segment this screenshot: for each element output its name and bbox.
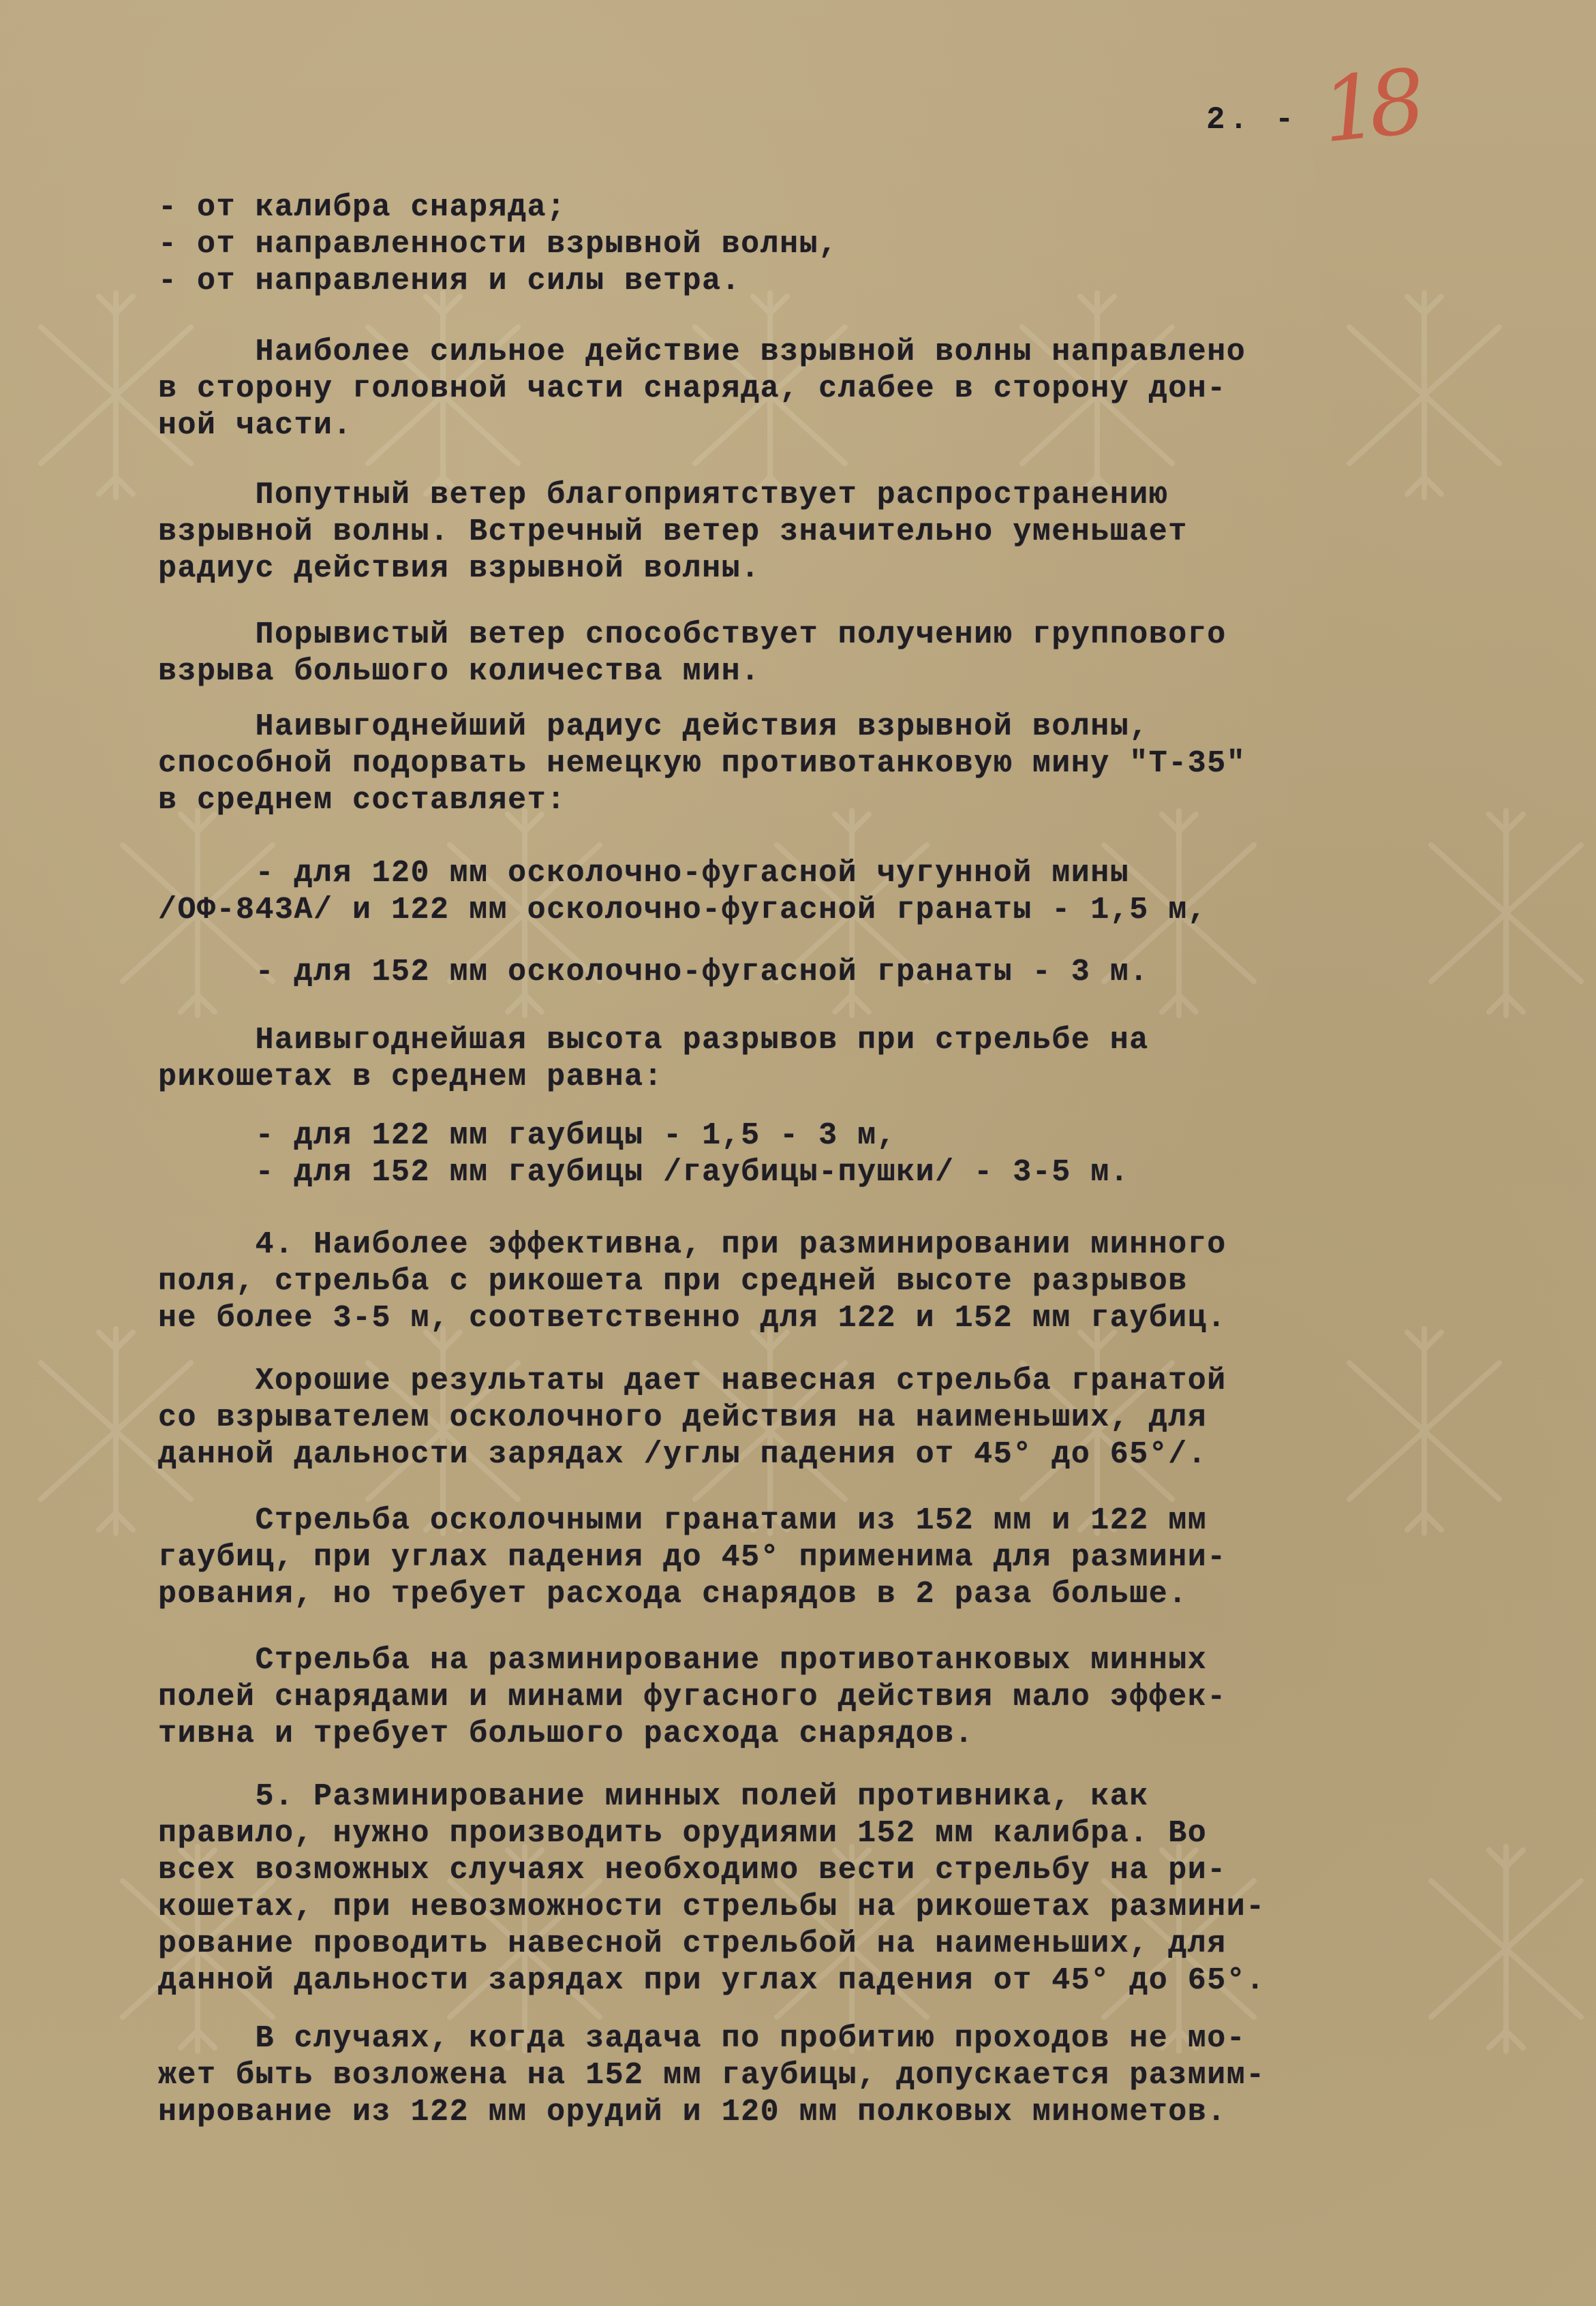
text-line: рование проводить навесной стрельбой на … <box>158 1926 1467 1963</box>
text-line: Стрельба осколочными гранатами из 152 мм… <box>158 1503 1467 1539</box>
text-line: со взрывателем осколочного действия на н… <box>158 1400 1467 1436</box>
text-line: Наивыгоднейший радиус действия взрывной … <box>158 709 1467 745</box>
text-line: - для 120 мм осколочно-фугасной чугунной… <box>158 855 1467 892</box>
text-line: полей снарядами и минами фугасного дейст… <box>158 1679 1467 1716</box>
text-line: взрыва большого количества мин. <box>158 654 1467 690</box>
text-line: кошетах, при невозможности стрельбы на р… <box>158 1889 1467 1926</box>
text-line: - от калибра снаряда; <box>158 189 1467 226</box>
text-block-list-height-values: - для 122 мм гаубицы - 1,5 - 3 м, - для … <box>158 1118 1467 1191</box>
text-line: - для 152 мм осколочно-фугасной гранаты … <box>158 954 1467 991</box>
text-block-para-5: 5. Разминирование минных полей противник… <box>158 1779 1467 1999</box>
text-block-para-best-radius: Наивыгоднейший радиус действия взрывной … <box>158 709 1467 819</box>
text-block-list-dependencies: - от калибра снаряда;- от направленности… <box>158 189 1467 300</box>
text-block-para-fragmentation: Стрельба осколочными гранатами из 152 мм… <box>158 1503 1467 1613</box>
text-line: в среднем составляет: <box>158 782 1467 819</box>
text-line: Попутный ветер благоприятствует распрост… <box>158 477 1467 514</box>
text-block-para-4: 4. Наиболее эффективна, при разминирован… <box>158 1227 1467 1337</box>
text-line: Наивыгоднейшая высота разрывов при стрел… <box>158 1022 1467 1059</box>
text-line: тивна и требует большого расхода снарядо… <box>158 1716 1467 1753</box>
text-line: всех возможных случаях необходимо вести … <box>158 1852 1467 1889</box>
text-line: В случаях, когда задача по пробитию прох… <box>158 2020 1467 2057</box>
text-line: Порывистый ветер способствует получению … <box>158 617 1467 654</box>
text-block-para-strongest-action: Наиболее сильное действие взрывной волны… <box>158 334 1467 444</box>
text-block-para-antitank: Стрельба на разминирование противотанков… <box>158 1642 1467 1753</box>
text-line: рования, но требует расхода снарядов в 2… <box>158 1576 1467 1613</box>
text-block-list-radius-152: - для 152 мм осколочно-фугасной гранаты … <box>158 954 1467 991</box>
text-line: нирование из 122 мм орудий и 120 мм полк… <box>158 2094 1467 2131</box>
page-number: 2. - <box>1206 102 1298 138</box>
text-line: - от направления и силы ветра. <box>158 263 1467 300</box>
text-line: жет быть возложена на 152 мм гаубицы, до… <box>158 2057 1467 2094</box>
text-line: ной части. <box>158 408 1467 444</box>
text-line: - от направленности взрывной волны, <box>158 226 1467 263</box>
text-line: гаубиц, при углах падения до 45° примени… <box>158 1539 1467 1576</box>
text-line: данной дальности зарядах при углах паден… <box>158 1963 1467 1999</box>
text-line: 4. Наиболее эффективна, при разминирован… <box>158 1227 1467 1263</box>
text-line: рикошетах в среднем равна: <box>158 1059 1467 1096</box>
text-line: правило, нужно производить орудиями 152 … <box>158 1815 1467 1852</box>
text-block-para-good-results: Хорошие результаты дает навесная стрельб… <box>158 1363 1467 1473</box>
text-line: - для 122 мм гаубицы - 1,5 - 3 м, <box>158 1118 1467 1154</box>
text-line: радиус действия взрывной волны. <box>158 551 1467 587</box>
text-line: поля, стрельба с рикошета при средней вы… <box>158 1263 1467 1300</box>
text-block-list-radius-values: - для 120 мм осколочно-фугасной чугунной… <box>158 855 1467 929</box>
text-block-para-best-height: Наивыгоднейшая высота разрывов при стрел… <box>158 1022 1467 1096</box>
text-line: 5. Разминирование минных полей противник… <box>158 1779 1467 1815</box>
text-block-para-tailwind: Попутный ветер благоприятствует распрост… <box>158 477 1467 587</box>
text-line: Стрельба на разминирование противотанков… <box>158 1642 1467 1679</box>
text-block-para-cases: В случаях, когда задача по пробитию прох… <box>158 2020 1467 2131</box>
text-line: данной дальности зарядах /углы падения о… <box>158 1436 1467 1473</box>
text-line: Наиболее сильное действие взрывной волны… <box>158 334 1467 371</box>
text-line: - для 152 мм гаубицы /гаубицы-пушки/ - 3… <box>158 1154 1467 1191</box>
text-line: взрывной волны. Встречный ветер значител… <box>158 514 1467 551</box>
text-line: /ОФ-843А/ и 122 мм осколочно-фугасной гр… <box>158 892 1467 929</box>
text-block-para-gusty-wind: Порывистый ветер способствует получению … <box>158 617 1467 690</box>
text-line: способной подорвать немецкую противотанк… <box>158 745 1467 782</box>
text-line: Хорошие результаты дает навесная стрельб… <box>158 1363 1467 1400</box>
text-line: в сторону головной части снаряда, слабее… <box>158 371 1467 408</box>
archive-sheet-number: 18 <box>1317 50 1421 163</box>
text-line: не более 3-5 м, соответственно для 122 и… <box>158 1300 1467 1337</box>
